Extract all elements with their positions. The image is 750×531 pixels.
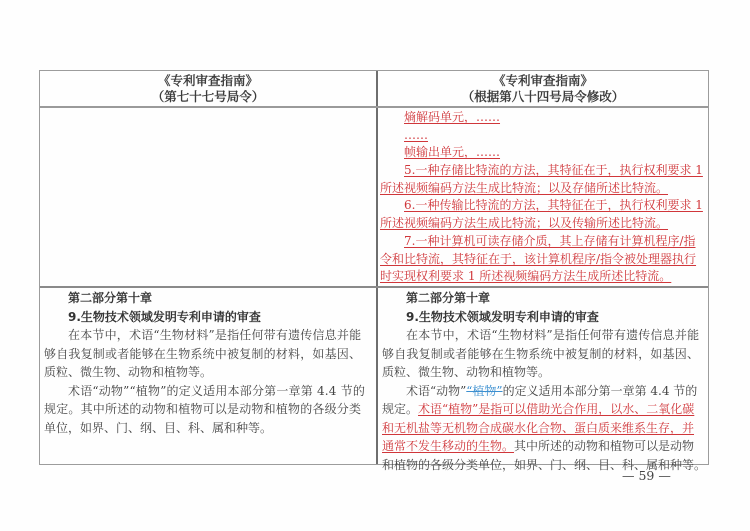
paragraph-line: 通常不发生移动的生物。其中所述的动物和植物可以是动物 [382, 437, 708, 456]
paragraph-line: 够自我复制或者能够在生物系统中被复制的材料，如基因、 [382, 345, 708, 364]
plain-text: 规定。 [382, 402, 418, 416]
column-divider [376, 71, 378, 464]
header-cell-revised: 《专利审查指南》 （根据第八十四号局令修改） [378, 71, 708, 106]
inserted-claim-6: 6.一种传输比特流的方法，其特征在于，执行权利要求 1 [404, 198, 703, 212]
section-heading: 9.生物技术领域发明专利申请的审查 [44, 308, 374, 327]
inserted-claim-5: 5.一种存储比特流的方法，其特征在于，执行权利要求 1 [404, 163, 703, 177]
inserted-line: …… [404, 128, 428, 142]
plain-text: 术语“动物” [406, 384, 466, 398]
document-page: 《专利审查指南》 （第七十七号局令） 《专利审查指南》 （根据第八十四号局令修改… [0, 0, 750, 531]
inserted-line: 帧输出单元，…… [404, 145, 500, 159]
section-title: 第二部分第十章 [44, 289, 374, 308]
row2-revised-cell: 第二部分第十章 9.生物技术领域发明专利申请的审查 在本节中，术语“生物材料”是… [382, 289, 708, 465]
paragraph-line: 在本节中，术语“生物材料”是指任何带有遗传信息并能 [382, 326, 708, 345]
paragraph-line: 单位，如界、门、纲、目、科、属和种等。 [44, 419, 374, 438]
plain-text: 其中所述的动物和植物可以是动物 [514, 439, 694, 453]
inserted-line: 令和比特流，其特征在于，该计算机程序/指令被处理器执行 [380, 252, 696, 266]
section-heading: 9.生物技术领域发明专利申请的审查 [382, 308, 708, 327]
plain-text: 的定义适用本部分第一章第 4.4 节的 [503, 384, 698, 398]
row1-revised-cell: 熵解码单元，…… …… 帧输出单元，…… 5.一种存储比特流的方法，其特征在于，… [380, 109, 708, 287]
inserted-text: 和无机盐等无机物合成碳水化合物、蛋白质来维系生存，并 [382, 421, 694, 435]
paragraph-line: 规定。其中所述的动物和植物可以是动物和植物的各级分类 [44, 400, 374, 419]
inserted-text: 通常不发生移动的生物。 [382, 439, 514, 453]
header-right-subtitle: （根据第八十四号局令修改） [378, 89, 708, 105]
inserted-claim-7: 7.一种计算机可读存储介质，其上存储有计算机程序/指 [404, 234, 696, 248]
inserted-line: 熵解码单元，…… [404, 110, 500, 124]
header-right-title: 《专利审查指南》 [378, 73, 708, 89]
section-title: 第二部分第十章 [382, 289, 708, 308]
inserted-line: 所述视频编码方法生成比特流；以及存储所述比特流。 [380, 181, 668, 195]
inserted-text: 术语“植物”是指可以借助光合作用，以水、二氧化碳 [418, 402, 694, 416]
header-left-title: 《专利审查指南》 [40, 73, 376, 89]
paragraph-line: 规定。术语“植物”是指可以借助光合作用，以水、二氧化碳 [382, 400, 708, 419]
paragraph-line: 质粒、微生物、动物和植物等。 [382, 363, 708, 382]
paragraph-line: 和无机盐等无机物合成碳水化合物、蛋白质来维系生存，并 [382, 419, 708, 438]
paragraph-line: 术语“动物”“植物”的定义适用本部分第一章第 4.4 节的 [44, 382, 374, 401]
paragraph-line: 质粒、微生物、动物和植物等。 [44, 363, 374, 382]
paragraph-line: 在本节中，术语“生物材料”是指任何带有遗传信息并能 [44, 326, 374, 345]
paragraph-line: 够自我复制或者能够在生物系统中被复制的材料，如基因、 [44, 345, 374, 364]
row1-original-cell [40, 108, 376, 286]
header-left-subtitle: （第七十七号局令） [40, 89, 376, 105]
header-cell-original: 《专利审查指南》 （第七十七号局令） [40, 71, 376, 106]
paragraph-line: 术语“动物”“植物”的定义适用本部分第一章第 4.4 节的 [382, 382, 708, 401]
page-number: — 59 — [622, 468, 671, 483]
row2-original-cell: 第二部分第十章 9.生物技术领域发明专利申请的审查 在本节中，术语“生物材料”是… [44, 289, 374, 465]
inserted-line: 时实现权利要求 1 所述视频编码方法生成所述比特流。 [380, 269, 671, 283]
deleted-text: “植物” [466, 384, 502, 398]
comparison-table: 《专利审查指南》 （第七十七号局令） 《专利审查指南》 （根据第八十四号局令修改… [39, 70, 709, 465]
inserted-line: 所述视频编码方法生成比特流；以及传输所述比特流。 [380, 216, 668, 230]
